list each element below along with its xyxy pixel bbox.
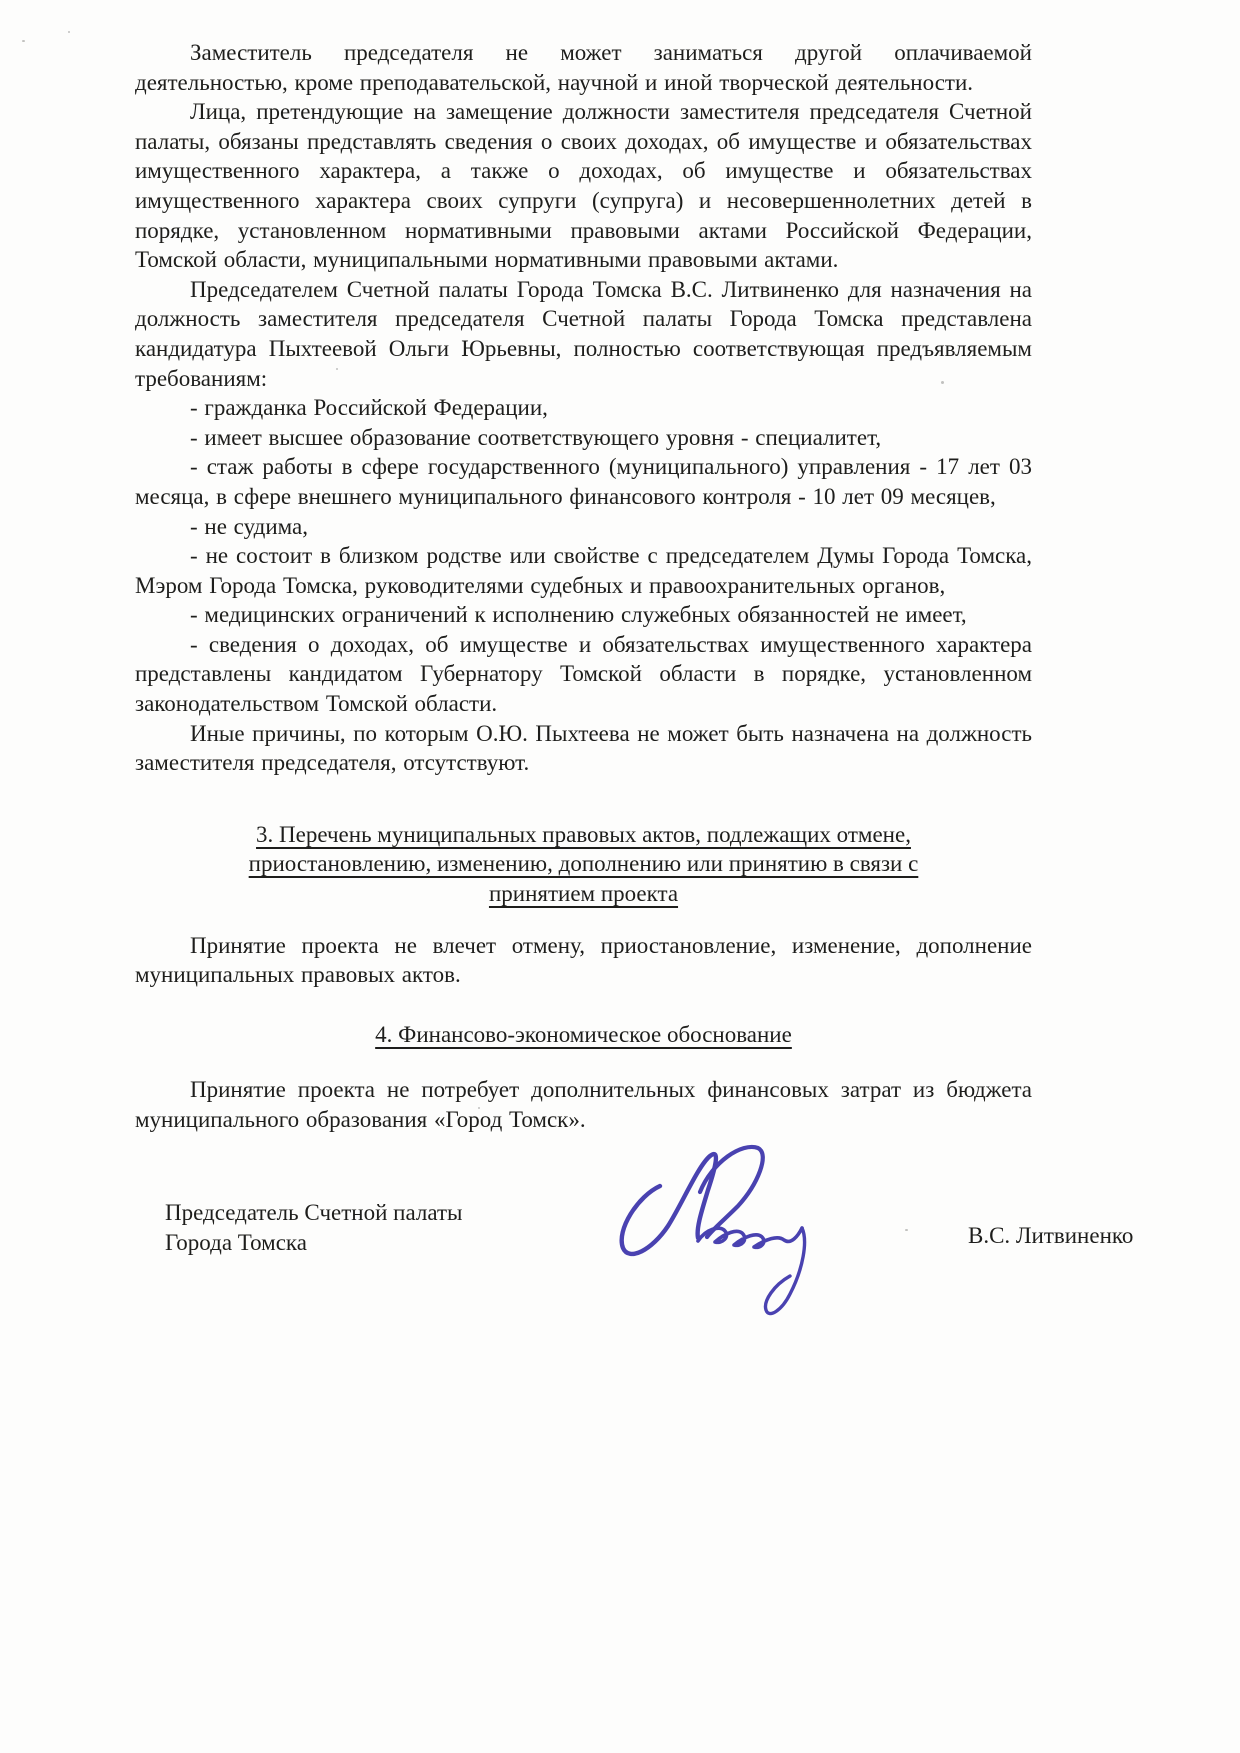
- section3-heading-text: 3. Перечень муниципальных правовых актов…: [249, 822, 919, 906]
- scan-speck: [22, 40, 25, 42]
- requirement-item: - не состоит в близком родстве или свойс…: [135, 541, 1032, 600]
- scanned-document-page: Заместитель председателя не может занима…: [0, 0, 1240, 1753]
- signer-position-line1: Председатель Счетной палаты: [165, 1198, 462, 1228]
- paragraph-deputy-restriction: Заместитель председателя не может занима…: [135, 38, 1032, 97]
- scan-speck: [68, 31, 70, 33]
- section4-heading: 4. Финансово-экономическое обоснование: [135, 1020, 1032, 1050]
- paragraph-income-disclosure: Лица, претендующие на замещение должност…: [135, 97, 1032, 275]
- section3-body: Принятие проекта не влечет отмену, приос…: [135, 931, 1032, 990]
- signer-position-label: Председатель Счетной палаты Города Томск…: [165, 1198, 462, 1258]
- paragraph-candidate-nomination: Председателем Счетной палаты Города Томс…: [135, 275, 1032, 393]
- scan-speck: [941, 381, 944, 384]
- section3-heading: 3. Перечень муниципальных правовых актов…: [135, 820, 1032, 909]
- requirement-item: - стаж работы в сфере государственного (…: [135, 452, 1032, 511]
- handwritten-signature-icon: [608, 1136, 818, 1332]
- requirement-item: - медицинских ограничений к исполнению с…: [135, 600, 1032, 630]
- requirement-item: - гражданка Российской Федерации,: [135, 393, 1032, 423]
- scan-speck: [336, 368, 338, 370]
- requirement-item: - не судима,: [135, 512, 1032, 542]
- paragraph-no-other-reasons: Иные причины, по которым О.Ю. Пыхтеева н…: [135, 719, 1032, 778]
- signer-position-line2: Города Томска: [165, 1228, 462, 1258]
- requirement-item: - имеет высшее образование соответствующ…: [135, 423, 1032, 453]
- requirement-item: - сведения о доходах, об имуществе и обя…: [135, 630, 1032, 719]
- scan-speck: [478, 1107, 480, 1109]
- signer-name: В.С. Литвиненко: [968, 1221, 1133, 1251]
- scan-speck: [905, 1229, 908, 1231]
- document-text-column: Заместитель председателя не может занима…: [135, 38, 1032, 1135]
- section4-body: Принятие проекта не потребует дополнител…: [135, 1075, 1032, 1134]
- section4-heading-text: 4. Финансово-экономическое обоснование: [375, 1022, 792, 1047]
